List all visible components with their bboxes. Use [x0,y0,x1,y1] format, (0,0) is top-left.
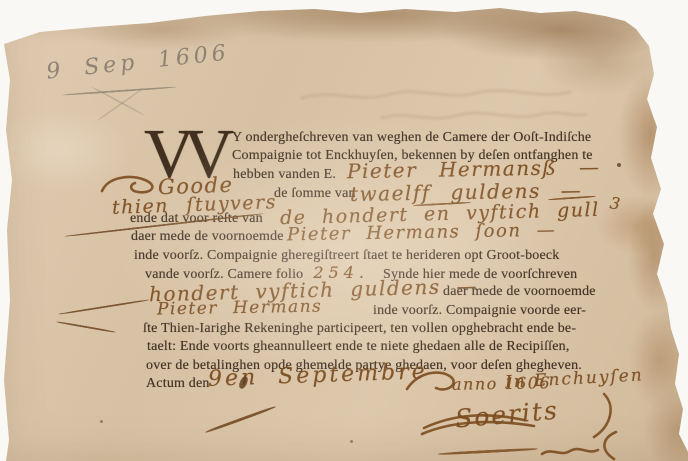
printed-line: inde voorſz. Compaignie voorde eer- [373,302,586,319]
ink-stroke [58,299,149,315]
pencil-date-note: 9 Sep 1606 [45,40,231,84]
partial-signature-line [438,447,538,455]
ink-swash [100,172,166,198]
printed-line: hebben vanden E. [233,166,336,183]
voc-receipt-document: 9 Sep 1606 VV Y ondergheſchreven van weg… [0,0,688,461]
printed-line: Y ondergheſchreven van weghen de Camere … [232,129,591,146]
handwritten-payee-name: Pieter Hermans [157,297,323,320]
printed-line: ſte Thien-Iarighe Rekeninghe participeer… [143,320,576,337]
handwritten-payee-name: Pieter Hermans ſoon — [287,220,557,246]
printed-line: taelt: Ende voorts gheannulleert ende te… [147,338,570,355]
printed-line: de ſomme van [274,185,356,202]
ink-speck [350,440,353,443]
printed-line: inde voorſz. Compaignie gheregiſtreert ſ… [134,247,560,264]
partial-signature-curl [596,430,622,461]
ink-speck [617,163,621,167]
ink-speck [100,420,103,423]
handwritten-margin-mark: 3 [609,193,623,213]
ink-stroke [56,321,115,333]
partial-signature-squiggle [540,444,600,460]
ink-showthrough [380,106,590,128]
pencil-underline [62,86,177,96]
printed-line: daer mede de voornoemde [131,228,284,245]
printed-line: Actum den [146,375,210,392]
photo-background: 9 Sep 1606 VV Y ondergheſchreven van weg… [0,0,688,461]
ink-stroke [205,405,277,433]
signature-swash [420,408,540,440]
